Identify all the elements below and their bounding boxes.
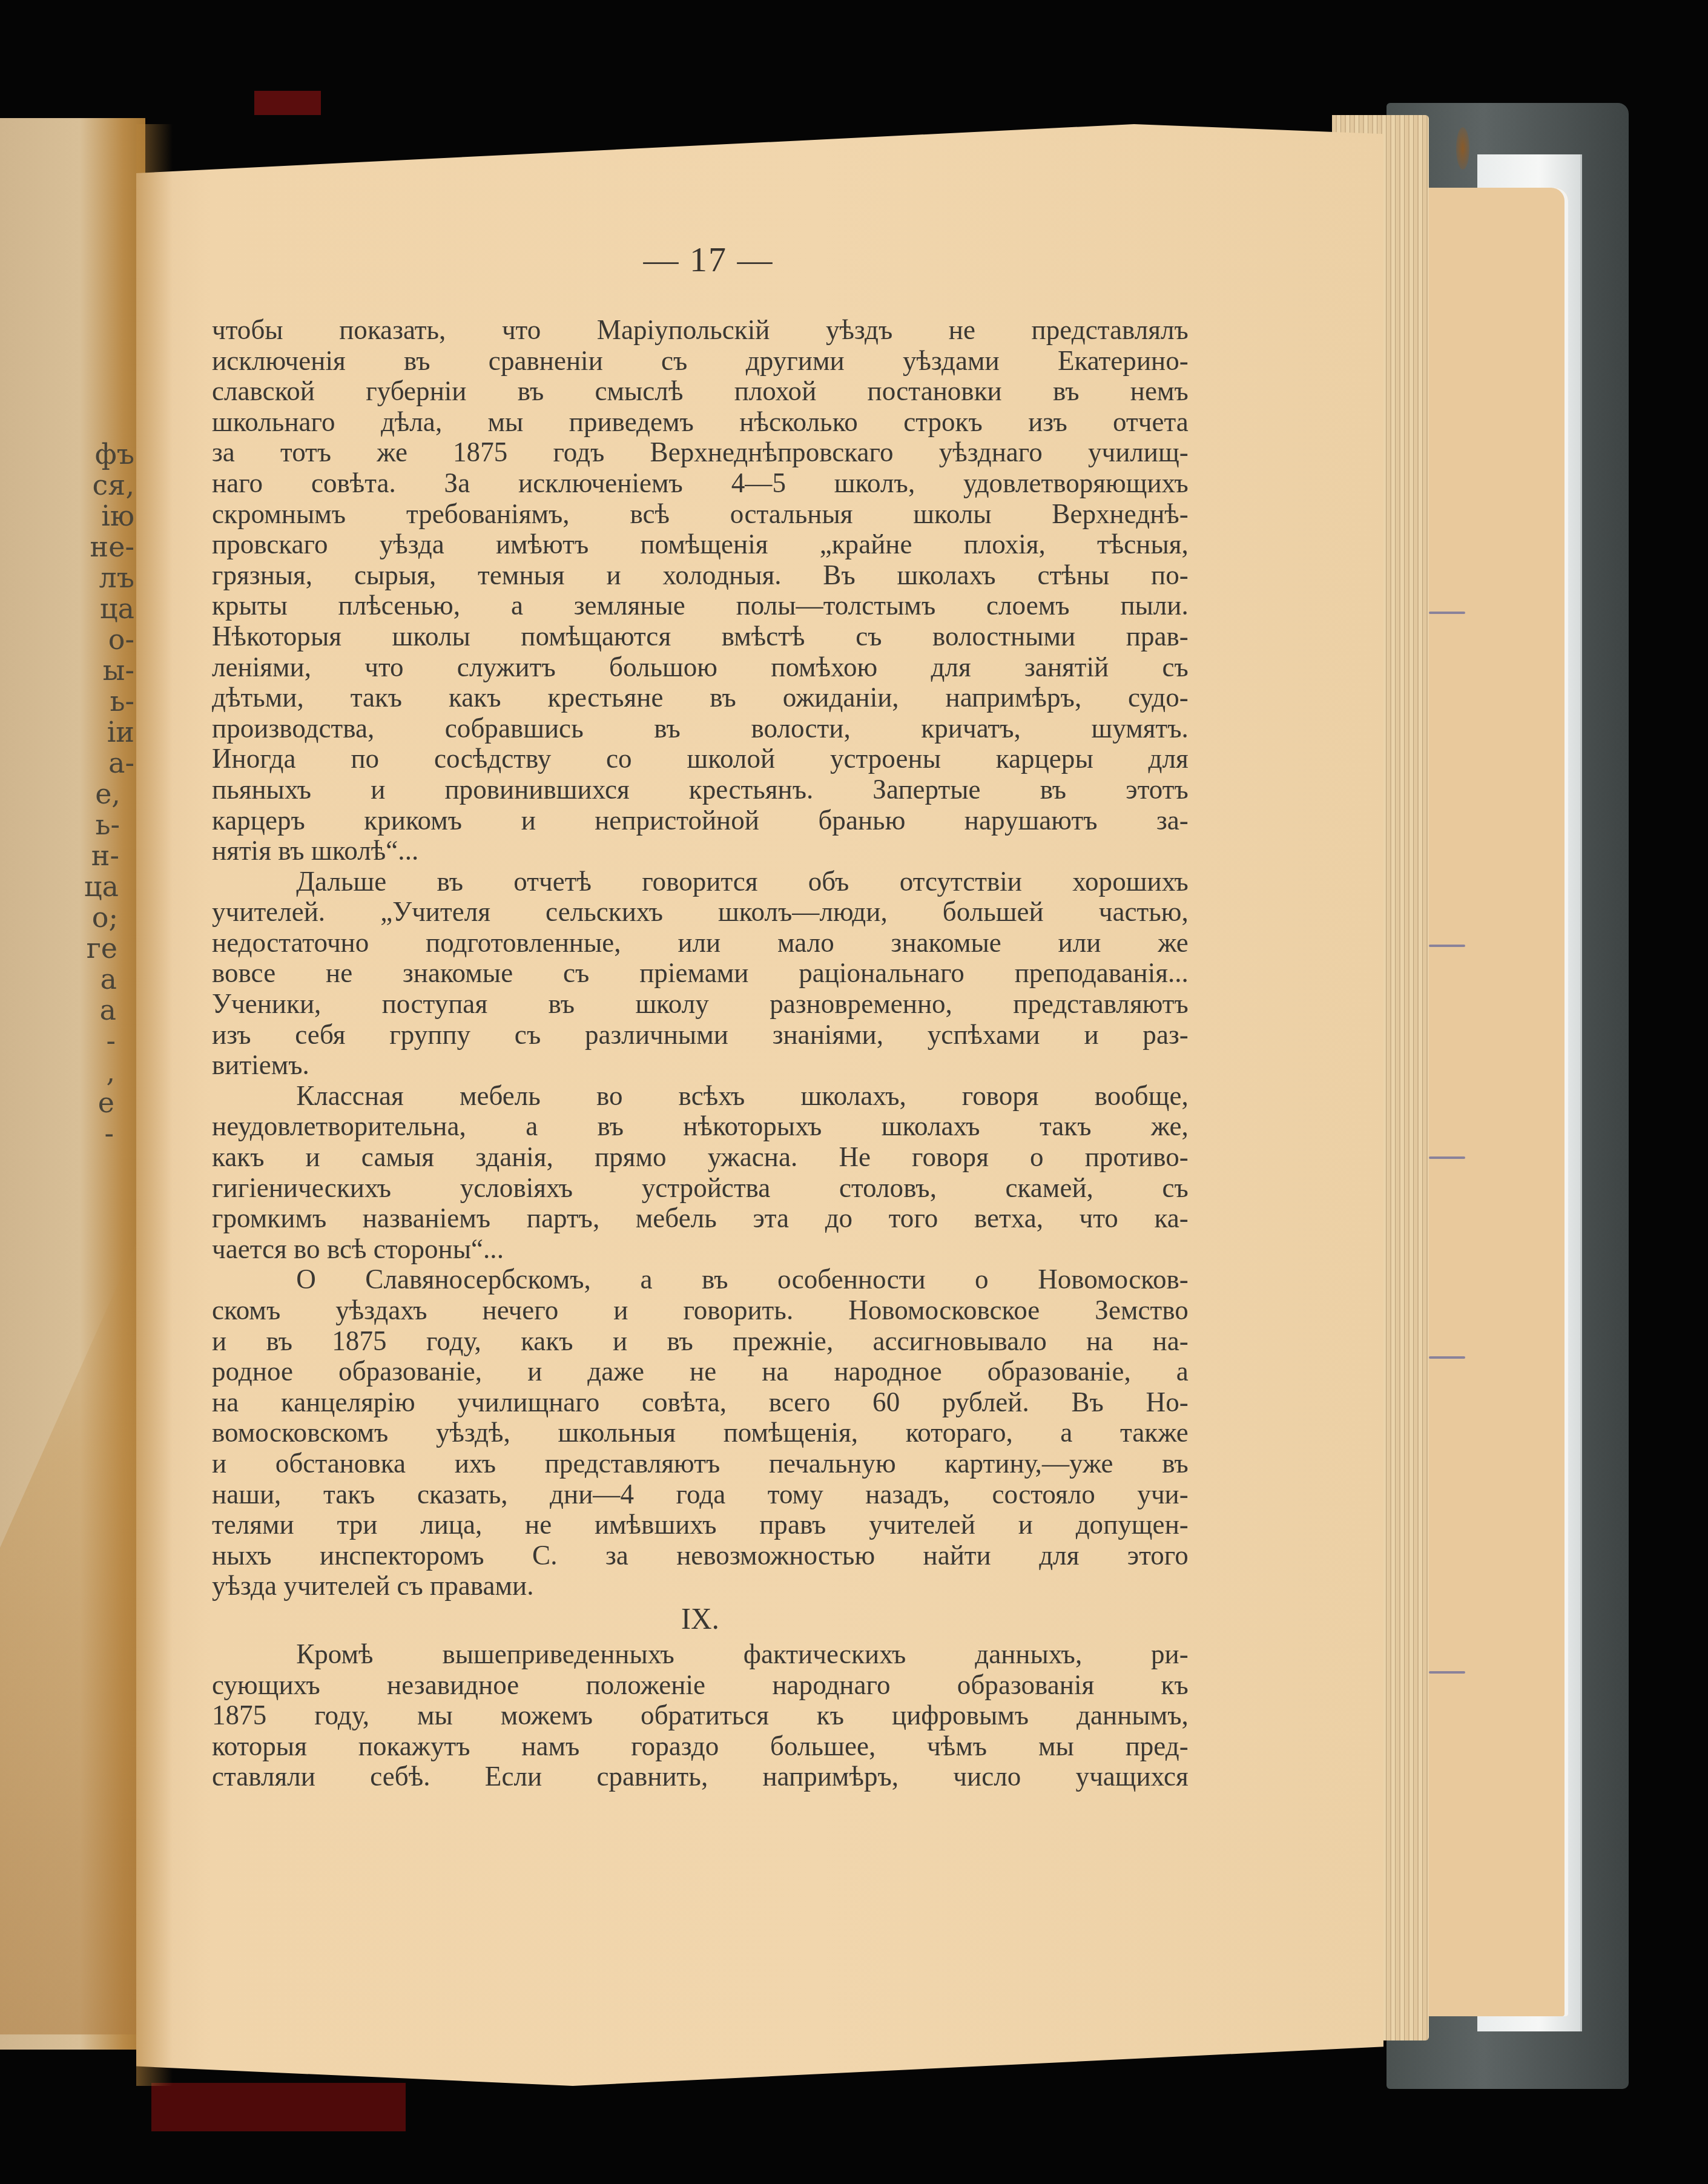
left-page-fragment: ге <box>87 933 117 964</box>
paragraphs: чтобы показать, что Маріупольскій уѣздъ … <box>212 315 1189 1602</box>
left-page-fragment: ь- <box>95 810 120 840</box>
text-line: скромнымъ требованіямъ, всѣ остальныя шк… <box>212 499 1189 530</box>
text-line: нятія въ школѣ“... <box>212 836 1189 866</box>
left-page-fragment: а- <box>108 748 134 779</box>
section-heading: IX. <box>212 1602 1189 1639</box>
text-line: ставляли себѣ. Если сравнить, напримѣръ,… <box>212 1761 1189 1792</box>
text-line: какъ и самыя зданія, прямо ужасна. Не го… <box>212 1142 1189 1173</box>
text-line: вовсе не знакомые съ пріемами раціональн… <box>212 958 1189 989</box>
red-cover-edge <box>151 2083 406 2131</box>
text-line: витіемъ. <box>212 1050 1189 1081</box>
text-line: 1875 году, мы можемъ обратиться къ цифро… <box>212 1700 1189 1731</box>
text-line: исключенія въ сравненіи съ другими уѣзда… <box>212 346 1189 377</box>
left-page-fragment: н- <box>91 840 119 871</box>
text-line: телями три лица, не имѣвшихъ правъ учите… <box>212 1509 1189 1540</box>
page-number: — 17 — <box>618 239 799 280</box>
left-page-fragment: е <box>98 1087 114 1118</box>
text-line: чается во всѣ стороны“... <box>212 1234 1189 1265</box>
text-line: Ученики, поступая въ школу разновременно… <box>212 989 1189 1020</box>
text-line: производства, собравшись въ волости, кри… <box>212 713 1189 744</box>
page-body-text: чтобы показать, что Маріупольскій уѣздъ … <box>212 315 1189 1792</box>
text-line: Иногда по сосѣдству со школой устроены к… <box>212 744 1189 774</box>
text-line: Классная мебель во всѣхъ школахъ, говоря… <box>212 1081 1189 1112</box>
left-page-fragment: ца <box>100 593 134 624</box>
text-line: вомосковскомъ уѣздѣ, школьныя помѣщенія,… <box>212 1417 1189 1448</box>
stain <box>1456 127 1469 170</box>
text-line: пьяныхъ и провинившихся крестьянъ. Запер… <box>212 774 1189 805</box>
text-line: и обстановка ихъ представляютъ печальную… <box>212 1448 1189 1479</box>
left-page-fragment: лъ <box>99 562 135 593</box>
text-line: крыты плѣсенью, а земляные полы—толстымъ… <box>212 590 1189 621</box>
left-page-fragment: , <box>106 1057 115 1087</box>
left-page-fragment: ы- <box>103 655 134 686</box>
text-line: дѣтьми, такъ какъ крестьяне въ ожиданіи,… <box>212 682 1189 713</box>
text-line: гигіеническихъ условіяхъ устройства стол… <box>212 1173 1189 1204</box>
text-line: за тотъ же 1875 годъ Верхнеднѣпровскаго … <box>212 437 1189 468</box>
text-line: грязныя, сырыя, темныя и холодныя. Въ шк… <box>212 560 1189 591</box>
inserted-card <box>1417 188 1568 2016</box>
section-paragraph: Кромѣ вышеприведенныхъ фактическихъ данн… <box>212 1639 1189 1792</box>
text-line: карцеръ крикомъ и непристойной бранью на… <box>212 805 1189 836</box>
left-page-fragment: іи <box>107 717 134 748</box>
text-line: недостаточно подготовленные, или мало зн… <box>212 928 1189 958</box>
text-line: учителей. „Учителя сельскихъ школъ—люди,… <box>212 897 1189 928</box>
text-line: О Славяносербскомъ, а въ особенности о Н… <box>212 1264 1189 1295</box>
text-line: уѣзда учителей съ правами. <box>212 1571 1189 1602</box>
text-line: провскаго уѣзда имѣютъ помѣщенія „крайне… <box>212 529 1189 560</box>
left-page-fragment: е, <box>95 779 120 810</box>
text-line: родное образованіе, и даже не на народно… <box>212 1356 1189 1387</box>
text-line: на канцелярію училищнаго совѣта, всего 6… <box>212 1387 1189 1418</box>
gutter-shadow <box>136 124 173 2086</box>
text-line: неудовлетворительна, а въ нѣкоторыхъ шко… <box>212 1111 1189 1142</box>
text-line: ныхъ инспекторомъ С. за невозможностью н… <box>212 1540 1189 1571</box>
left-page-fragment: а <box>100 995 116 1026</box>
left-page-fragment: а <box>101 964 117 995</box>
red-cover-edge <box>254 91 321 115</box>
left-page-fragment: - <box>106 1026 116 1057</box>
text-line: изъ себя группу съ различными знаніями, … <box>212 1020 1189 1051</box>
text-line: школьнаго дѣла, мы приведемъ нѣсколько с… <box>212 407 1189 438</box>
left-page-fragment: не- <box>90 532 134 562</box>
left-page-fragment: ь- <box>110 686 134 717</box>
ink-mark <box>1429 1356 1465 1359</box>
text-line: наго совѣта. За исключеніемъ 4—5 школъ, … <box>212 468 1189 499</box>
text-line: славской губерніи въ смыслѣ плохой поста… <box>212 376 1189 407</box>
text-line: наши, такъ сказать, дни—4 года тому наза… <box>212 1479 1189 1510</box>
text-line: и въ 1875 году, какъ и въ прежніе, ассиг… <box>212 1326 1189 1357</box>
text-line: громкимъ названіемъ партъ, мебель эта до… <box>212 1203 1189 1234</box>
ink-mark <box>1429 612 1465 614</box>
left-page-fragment: - <box>104 1118 114 1149</box>
left-page-fragment: о; <box>92 902 118 933</box>
ink-mark <box>1429 1671 1465 1674</box>
left-page-fragment: фъ <box>95 439 134 470</box>
text-line: чтобы показать, что Маріупольскій уѣздъ … <box>212 315 1189 346</box>
left-page-fragment: ца <box>84 871 119 902</box>
left-page-fragment: ся, <box>93 470 134 501</box>
text-line: Нѣкоторыя школы помѣщаются вмѣстѣ съ вол… <box>212 621 1189 652</box>
text-line: леніями, что служитъ большою помѣхою для… <box>212 652 1189 683</box>
text-line: которыя покажутъ намъ гораздо большее, ч… <box>212 1731 1189 1762</box>
ink-mark <box>1429 1156 1465 1159</box>
ink-mark <box>1429 945 1465 947</box>
left-page-fragment: ію <box>101 501 134 532</box>
text-line: Кромѣ вышеприведенныхъ фактическихъ данн… <box>212 1639 1189 1670</box>
text-line: сующихъ незавидное положеніе народнаго о… <box>212 1670 1189 1701</box>
text-line: скомъ уѣздахъ нечего и говорить. Новомос… <box>212 1295 1189 1326</box>
text-line: Дальше въ отчетѣ говорится объ отсутстві… <box>212 866 1189 897</box>
left-page-fragment: о- <box>108 624 134 655</box>
